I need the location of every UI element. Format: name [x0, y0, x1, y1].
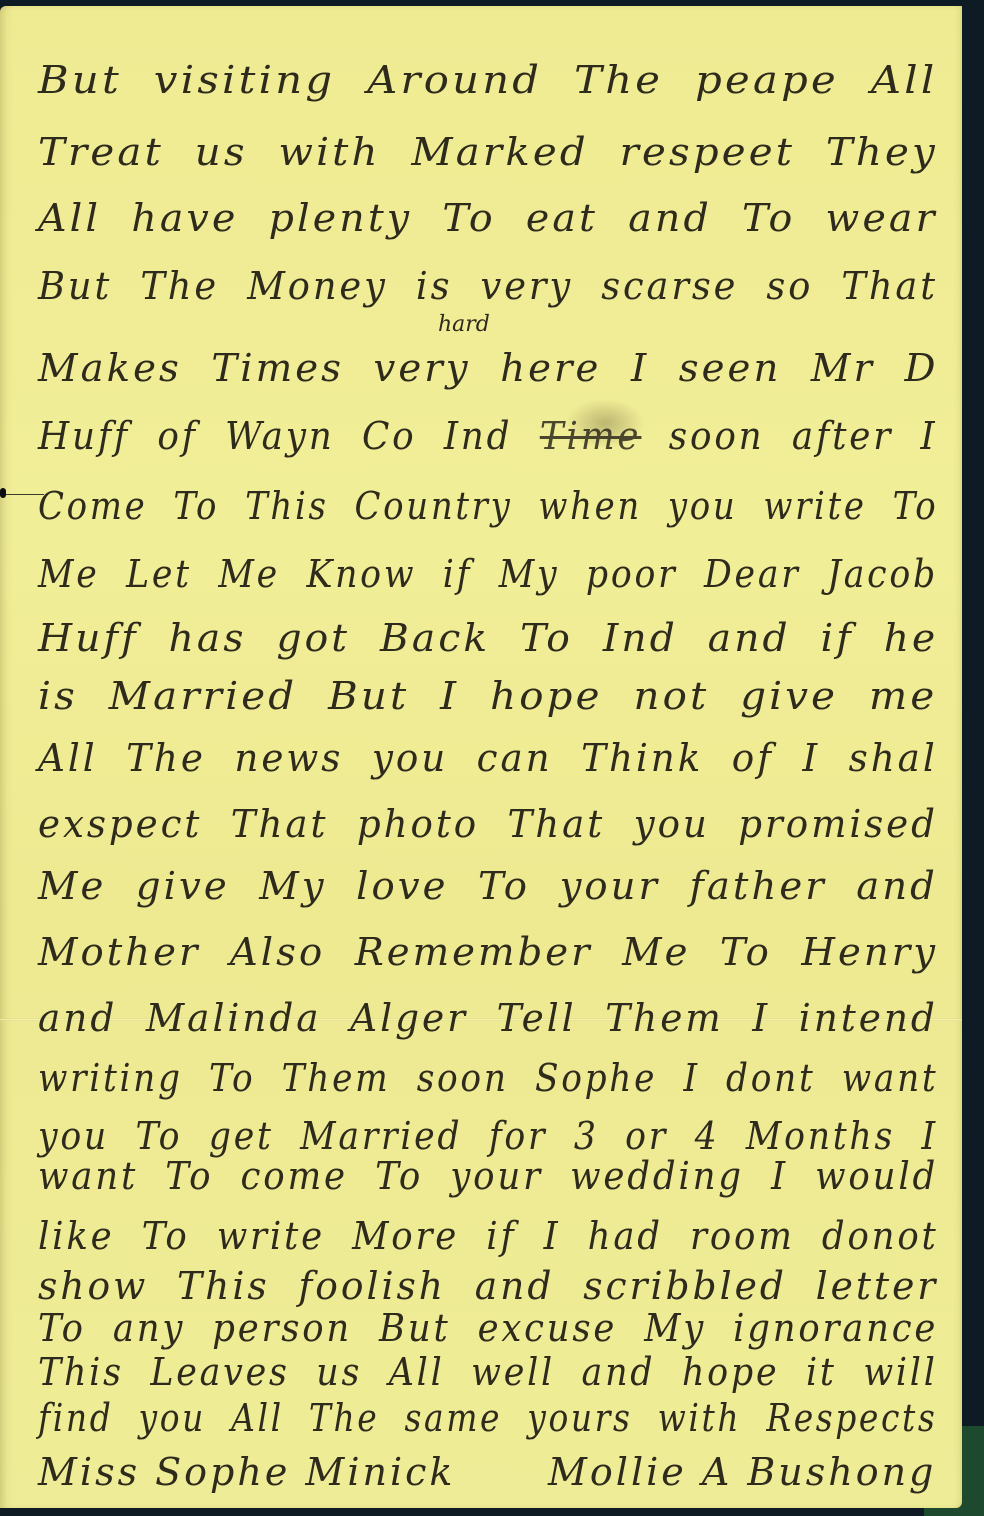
addressee-name: Miss Sophe Minick [38, 1450, 455, 1494]
letter-line-11: All The news you can Think of I shal [38, 736, 938, 780]
letter-line-22: This Leaves us All well and hope it will [38, 1350, 938, 1394]
letter-line-23: find you All The same yours with Respect… [38, 1396, 937, 1440]
letter-line-18: want To come To your wedding I would [38, 1154, 938, 1198]
letter-line-12: exspect That photo That you promised [38, 802, 938, 846]
letter-line-9: Huff has got Back To Ind and if he [38, 616, 938, 660]
letter-line-7: Come To This Country when you write To [38, 484, 938, 528]
letter-line-5-text: Makes Times very here I seen Mr D [38, 346, 939, 390]
letter-line-5: Makes Times very here I seen Mr D [38, 346, 939, 390]
letter-line-8: Me Let Me Know if My poor Dear Jacob [38, 552, 938, 596]
edge-ink-mark [0, 488, 6, 498]
letter-line-2: Treat us with Marked respeet They [38, 130, 938, 174]
letter-line-14: Mother Also Remember Me To Henry [38, 930, 938, 974]
letter-line-6: Huff of Wayn Co Ind Time soon after I [38, 414, 937, 458]
letter-line-17: you To get Married for 3 or 4 Months I [38, 1114, 938, 1158]
letter-page: But visiting Around The peape All Treat … [0, 6, 962, 1508]
letter-scan: But visiting Around The peape All Treat … [0, 0, 984, 1516]
letter-line-6-continuation: soon after I [669, 414, 938, 458]
letter-line-6-text: Huff of Wayn Co Ind [38, 414, 512, 458]
letter-line-13: Me give My love To your father and [38, 864, 938, 908]
signature: Mollie A Bushong [548, 1450, 936, 1494]
letter-line-20: show This foolish and scribbled letter [38, 1264, 938, 1308]
letter-line-19: like To write More if I had room donot [38, 1214, 939, 1258]
letter-line-10: is Married But I hope not give me [38, 674, 937, 718]
letter-line-21: To any person But excuse My ignorance [38, 1306, 938, 1350]
letter-line-16: writing To Them soon Sophe I dont want [38, 1056, 938, 1100]
letter-line-15: and Malinda Alger Tell Them I intend [38, 996, 938, 1040]
struck-through-word: Time [540, 414, 642, 458]
letter-line-4: But The Money is very scarse so That [38, 264, 938, 308]
interlinear-insert: hard [438, 312, 490, 337]
letter-line-3: All have plenty To eat and To wear [38, 196, 938, 240]
letter-line-1: But visiting Around The peape All [38, 58, 937, 102]
